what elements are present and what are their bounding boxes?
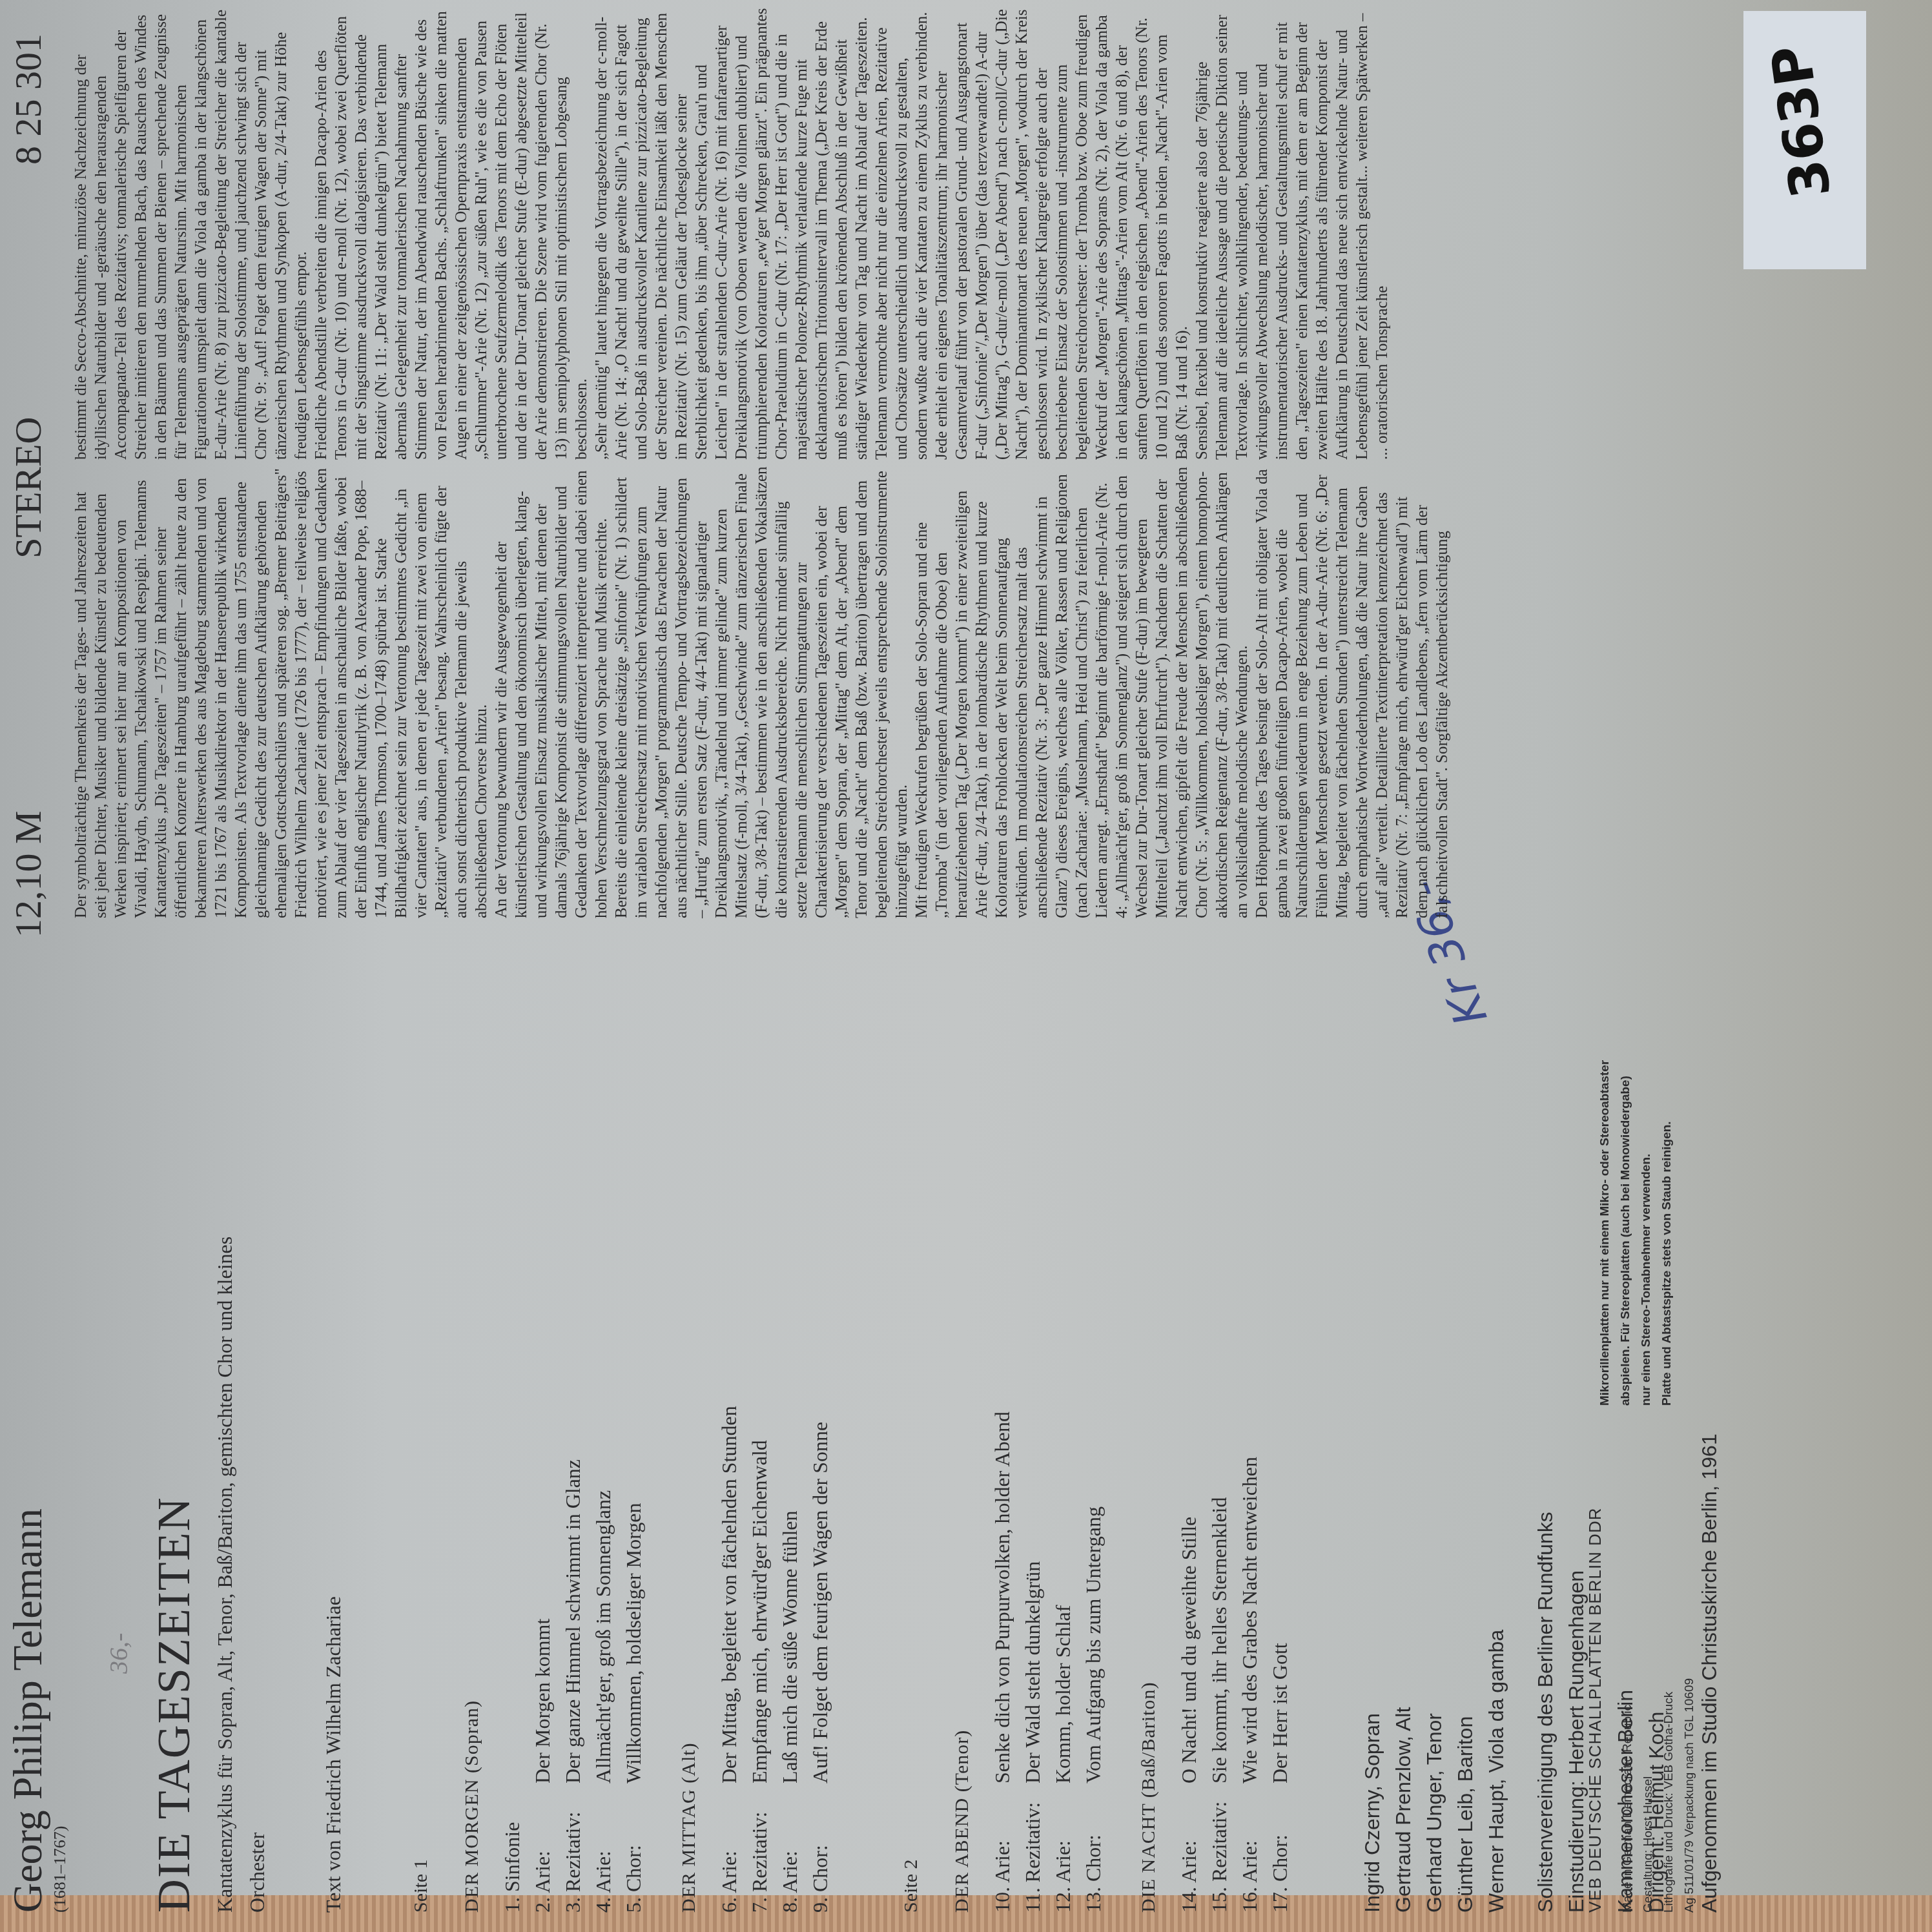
- choir-credits: Solistenvereinigung des Berliner Rundfun…: [1530, 983, 1592, 1913]
- track-type: 16. Arie:: [1235, 1783, 1265, 1913]
- part-heading: DER MORGEN (Sopran): [461, 983, 483, 1913]
- album-title: DIE TAGESZEITEN: [147, 983, 201, 1913]
- track-row: 14. Arie:O Nacht! und du geweihte Stille: [1174, 983, 1204, 1913]
- side-label: Seite 2: [900, 983, 922, 1913]
- track-row: 13. Chor:Vom Aufgang bis zum Untergang: [1078, 983, 1109, 1913]
- track-title: [497, 983, 528, 1783]
- playback-instructions: Mikrorillenplatten nur mit einem Mikro- …: [1595, 1060, 1678, 1406]
- essay-paragraph: An der Vertonung bewundern wir die Ausge…: [491, 466, 611, 918]
- credit-line: Günther Leib, Bariton: [1450, 983, 1481, 1913]
- track-row: 4. Arie:Allmächt'ger, groß im Sonnenglan…: [588, 983, 619, 1913]
- fine-print-line: Lithografie und Druck: VEB Gotha-Druck: [1659, 1678, 1680, 1913]
- track-type: 4. Arie:: [588, 1783, 619, 1913]
- track-list: 14. Arie:O Nacht! und du geweihte Stille…: [1174, 983, 1295, 1913]
- composer-name: Georg Philipp Telemann: [6, 983, 49, 1913]
- track-title: Komm, holder Schlaf: [1048, 983, 1078, 1783]
- track-row: 12. Arie:Komm, holder Schlaf: [1048, 983, 1078, 1913]
- track-row: 6. Arie:Der Mittag, begleitet von fächel…: [714, 983, 745, 1913]
- track-type: 1. Sinfonie: [497, 1783, 528, 1913]
- fine-print-line: Platte und Abtastspitze stets von Staub …: [1657, 1060, 1678, 1406]
- track-type: 17. Chor:: [1265, 1783, 1295, 1913]
- track-list: 10. Arie:Senke dich von Purpurwolken, ho…: [987, 983, 1109, 1913]
- part-heading: DIE NACHT (Baß/Bariton): [1138, 983, 1160, 1913]
- track-title: Vom Aufgang bis zum Untergang: [1078, 983, 1109, 1783]
- catalog-header: 12,10 M STEREO 8 25 301: [6, 34, 50, 938]
- essay-paragraph: Telemann vermochte aber nicht nur die ei…: [872, 8, 1192, 460]
- part-heading: DER MITTAG (Alt): [678, 983, 700, 1913]
- track-row: 11. Rezitativ:Der Wald steht dunkelgrün: [1018, 983, 1048, 1913]
- track-row: 3. Rezitativ:Der ganze Himmel schwimmt i…: [558, 983, 588, 1913]
- track-title: Willkommen, holdseliger Morgen: [619, 983, 649, 1783]
- fine-print-line: Ag 511/01/79 Verpackung nach TGL 10609: [1680, 1678, 1700, 1913]
- price-sticker: 363P: [1743, 11, 1866, 269]
- track-type: 7. Rezitativ:: [745, 1783, 775, 1913]
- tracklist-column: Georg Philipp Telemann (1681–1767) DIE T…: [6, 983, 1721, 1913]
- credit-line: Gerhard Unger, Tenor: [1419, 983, 1450, 1913]
- catalog-price: 12,10 M: [6, 810, 50, 938]
- track-title: Wie wird des Grabes Nacht entweichen: [1235, 983, 1265, 1783]
- track-row: 8. Arie:Laß mich die süße Wonne fühlen: [775, 983, 805, 1913]
- essay-paragraph: Friedliche Abendstille verbreiten die in…: [311, 8, 591, 460]
- track-title: Senke dich von Purpurwolken, holder Aben…: [987, 983, 1018, 1783]
- track-title: Der ganze Himmel schwimmt in Glanz: [558, 983, 588, 1783]
- track-type: 12. Arie:: [1048, 1783, 1078, 1913]
- essay-paragraph: bestimmt die Secco-Abschnitte, minuziöse…: [71, 8, 311, 460]
- track-row: 16. Arie:Wie wird des Grabes Nacht entwe…: [1235, 983, 1265, 1913]
- credit-line: Ingrid Czerny, Sopran: [1357, 983, 1388, 1913]
- track-type: 8. Arie:: [775, 1783, 805, 1913]
- side-label: Seite 1: [410, 983, 432, 1913]
- track-row: 1. Sinfonie: [497, 983, 528, 1913]
- production-credits: Made in German Democratic RepublicGestal…: [1618, 1678, 1700, 1913]
- track-row: 10. Arie:Senke dich von Purpurwolken, ho…: [987, 983, 1018, 1913]
- fine-print-line: Gestaltung: Horst Hussel: [1638, 1678, 1659, 1913]
- track-title: Der Wald steht dunkelgrün: [1018, 983, 1048, 1783]
- fine-print-line: Mikrorillenplatten nur mit einem Mikro- …: [1595, 1060, 1616, 1406]
- soloists-list: Ingrid Czerny, SopranGertraud Prenzlow, …: [1357, 983, 1512, 1913]
- essay-paragraph: Sensibel, flexibel und konstruktiv reagi…: [1192, 8, 1392, 460]
- track-row: 5. Chor:Willkommen, holdseliger Morgen: [619, 983, 649, 1913]
- fine-print-line: abspielen. Für Stereoplatten (auch bei M…: [1616, 1060, 1636, 1406]
- track-title: Empfange mich, ehrwürd'ger Eichenwald: [745, 983, 775, 1783]
- track-type: 14. Arie:: [1174, 1783, 1204, 1913]
- composer-dates: (1681–1767): [50, 983, 70, 1913]
- album-subtitle: Kantatenzyklus für Sopran, Alt, Tenor, B…: [209, 1170, 273, 1913]
- pencil-price-mark: 36,-: [103, 1633, 134, 1674]
- essay-paragraph: Den Höhepunkt des Tages besingt der Solo…: [1252, 466, 1452, 918]
- liner-notes-column-2: bestimmt die Secco-Abschnitte, minuziöse…: [71, 8, 1392, 460]
- track-type: 3. Rezitativ:: [558, 1783, 588, 1913]
- essay-paragraph: Bereits die einleitende kleine dreisätzi…: [611, 466, 912, 918]
- track-type: 10. Arie:: [987, 1783, 1018, 1913]
- track-type: 11. Rezitativ:: [1018, 1783, 1048, 1913]
- track-row: 7. Rezitativ:Empfange mich, ehrwürd'ger …: [745, 983, 775, 1913]
- track-list: 1. Sinfonie2. Arie:Der Morgen kommt3. Re…: [497, 983, 649, 1913]
- essay-paragraph: Mit freudigen Weckrufen begrüßen der Sol…: [912, 466, 1252, 918]
- track-title: O Nacht! und du geweihte Stille: [1174, 983, 1204, 1783]
- recording-info: Aufgenommen im Studio Christuskirche Ber…: [1698, 983, 1721, 1913]
- track-type: 15. Rezitativ:: [1204, 1783, 1235, 1913]
- track-type: 6. Arie:: [714, 1783, 745, 1913]
- text-credit: Text von Friedrich Wilhelm Zachariae: [322, 983, 345, 1913]
- tracklist: Seite 1DER MORGEN (Sopran)1. Sinfonie2. …: [410, 983, 1295, 1913]
- track-type: 9. Chor:: [805, 1783, 836, 1913]
- track-title: Laß mich die süße Wonne fühlen: [775, 983, 805, 1783]
- format-label: STEREO: [6, 417, 50, 559]
- track-row: 2. Arie:Der Morgen kommt: [528, 983, 558, 1913]
- track-title: Der Morgen kommt: [528, 983, 558, 1783]
- essay-paragraph: „Sehr demütig" lautet hingegen die Vortr…: [591, 8, 872, 460]
- album-back-cover: Georg Philipp Telemann (1681–1767) DIE T…: [0, 0, 1895, 1932]
- liner-notes-column-1: Der symbolträchtige Themenkreis der Tage…: [71, 466, 1452, 918]
- record-label: VEB DEUTSCHE SCHALLPLATTEN BERLIN DDR: [1585, 1508, 1605, 1913]
- track-row: 15. Rezitativ:Sie kommt, ihr helles Ster…: [1204, 983, 1235, 1913]
- credit-line: Werner Haupt, Viola da gamba: [1481, 983, 1512, 1913]
- track-type: 5. Chor:: [619, 1783, 649, 1913]
- sticker-code: 363P: [1759, 41, 1843, 201]
- credit-line: Solistenvereinigung des Berliner Rundfun…: [1530, 983, 1561, 1913]
- credit-line: Gertraud Prenzlow, Alt: [1388, 983, 1419, 1913]
- track-title: Der Mittag, begleitet von fächelnden Stu…: [714, 983, 745, 1783]
- track-title: Sie kommt, ihr helles Sternenkleid: [1204, 983, 1235, 1783]
- track-type: 2. Arie:: [528, 1783, 558, 1913]
- fine-print-line: Made in German Democratic Republic: [1618, 1678, 1638, 1913]
- part-heading: DER ABEND (Tenor): [951, 983, 973, 1913]
- track-list: 6. Arie:Der Mittag, begleitet von fächel…: [714, 983, 836, 1913]
- track-title: Auf! Folget dem feurigen Wagen der Sonne: [805, 983, 836, 1783]
- track-type: 13. Chor:: [1078, 1783, 1109, 1913]
- catalog-number: 8 25 301: [6, 34, 50, 165]
- track-title: Allmächt'ger, groß im Sonnenglanz: [588, 983, 619, 1783]
- essay-paragraph: Der symbolträchtige Themenkreis der Tage…: [71, 466, 491, 918]
- track-row: 9. Chor:Auf! Folget dem feurigen Wagen d…: [805, 983, 836, 1913]
- fine-print-line: nur einen Stereo-Tonabnehmer verwenden.: [1636, 1060, 1657, 1406]
- track-title: Der Herr ist Gott: [1265, 983, 1295, 1783]
- track-row: 17. Chor:Der Herr ist Gott: [1265, 983, 1295, 1913]
